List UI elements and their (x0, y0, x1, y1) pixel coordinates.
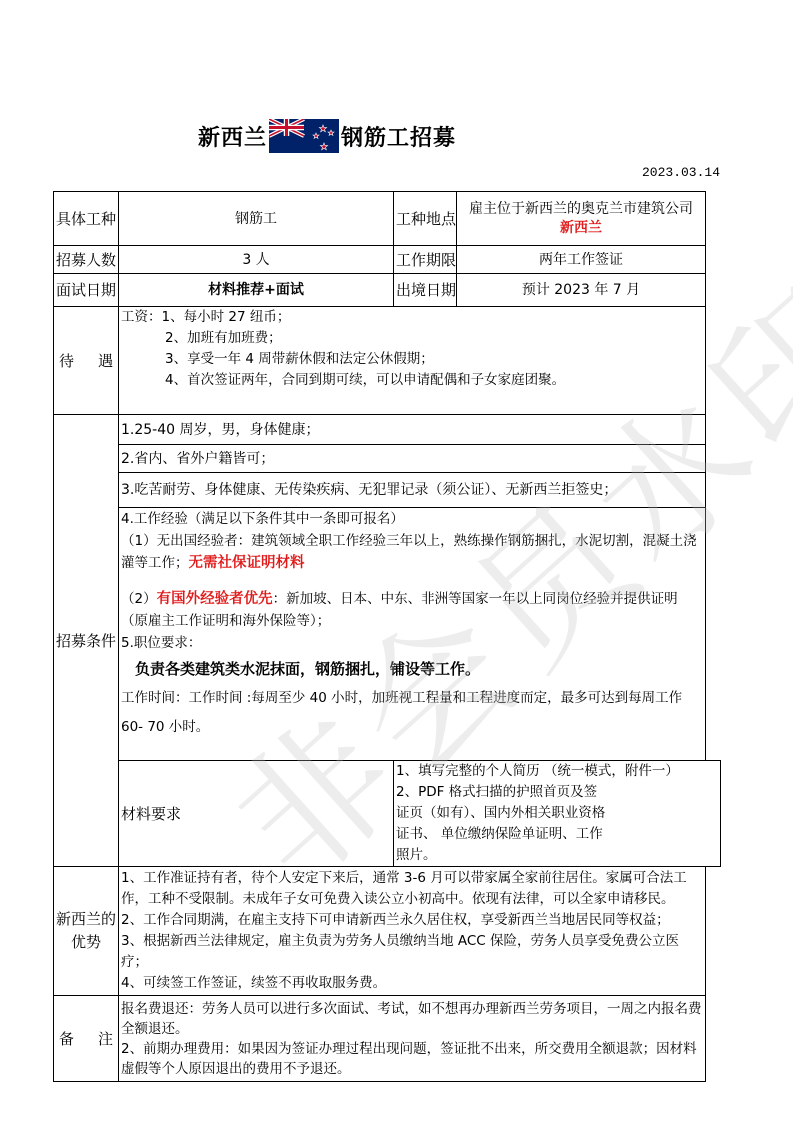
location-company: 雇主位于新西兰的奥克兰市建筑公司 (459, 200, 703, 219)
advantages-content: 1、工作准证持有者，待个人安定下来后，通常 3-6 月可以带家属全家前往居住。家… (119, 867, 706, 996)
materials-label: 材料要求 (119, 761, 394, 867)
row-benefits: 待 遇 工资：1、每小时 27 纽币； 2、加班有加班费； 3、享受一年 4 周… (54, 307, 721, 415)
overseas-priority-note: 有国外经验者优先 (157, 591, 273, 607)
benefit-item: 2、加班有加班费； (121, 328, 703, 349)
material-item: 1、填写完整的个人简历 （统一模式，附件一） (396, 761, 718, 782)
remarks-label: 备 注 (54, 996, 119, 1082)
location-label: 工种地点 (394, 192, 457, 246)
headcount-value: 3 人 (119, 246, 394, 274)
row-job-type: 具体工种 钢筋工 工种地点 雇主位于新西兰的奥克兰市建筑公司 新西兰 (54, 192, 721, 246)
row-requirement-3: 3.吃苦耐劳、身体健康、无传染疾病、无犯罪记录（须公证）、无新西兰拒签史； (54, 473, 721, 508)
work-hours: 工作时间：工作时间 :每周至少 40 小时，加班视工程量和工程进度而定，最多可达… (121, 684, 703, 742)
row-materials: 材料要求 1、填写完整的个人简历 （统一模式，附件一） 2、PDF 格式扫描的护… (54, 761, 721, 867)
benefit-item: 3、享受一年 4 周带薪休假和法定公休假期； (121, 349, 703, 370)
recruitment-table: 具体工种 钢筋工 工种地点 雇主位于新西兰的奥克兰市建筑公司 新西兰 招募人数 … (53, 191, 721, 1082)
requirements-label: 招募条件 (54, 415, 119, 867)
page-title: 新西兰 钢筋工招募 (198, 116, 456, 156)
title-left: 新西兰 (198, 121, 267, 152)
advantages-label-2: 优势 (56, 931, 116, 954)
benefit-item: 4、首次签证两年，合同到期可续，可以申请配偶和子女家庭团聚。 (121, 370, 703, 391)
row-interview: 面试日期 材料推荐+面试 出境日期 预计 2023 年 7 月 (54, 274, 721, 307)
document-date: 2023.03.14 (642, 165, 720, 180)
requirement-health: 3.吃苦耐劳、身体健康、无传染疾病、无犯罪记录（须公证）、无新西兰拒签史； (119, 473, 706, 508)
experience-option-1: （1）无出国经验者：建筑领域全职工作经验三年以上，熟练操作钢筋捆扎，水泥切割，混… (121, 530, 703, 574)
advantage-item: 3、根据新西兰法律规定，雇主负责为劳务人员缴纳当地 ACC 保险，劳务人员享受免… (121, 931, 703, 973)
no-social-security-note: 无需社保证明材料 (189, 555, 305, 571)
new-zealand-flag-icon (269, 119, 339, 153)
advantages-label-1: 新西兰的 (56, 908, 116, 931)
benefit-item: 工资：1、每小时 27 纽币； (121, 307, 703, 328)
headcount-label: 招募人数 (54, 246, 119, 274)
remark-item: 2、前期办理费用：如果因为签证办理过程出现问题，签证批不出来，所交费用全额退款；… (121, 1039, 703, 1079)
benefits-label-a: 待 (59, 350, 74, 372)
row-headcount: 招募人数 3 人 工作期限 两年工作签证 (54, 246, 721, 274)
requirement-age: 1.25-40 周岁，男，身体健康； (119, 415, 706, 445)
remark-item: 报名费退还：劳务人员可以进行多次面试、考试，如不想再办理新西兰劳务项目，一周之内… (121, 999, 703, 1039)
remarks-label-b: 注 (98, 1028, 113, 1050)
benefits-content: 工资：1、每小时 27 纽币； 2、加班有加班费； 3、享受一年 4 周带薪休假… (119, 307, 706, 415)
advantages-label: 新西兰的 优势 (54, 867, 119, 996)
interview-label: 面试日期 (54, 274, 119, 307)
interview-value: 材料推荐+面试 (119, 274, 394, 307)
departure-value: 预计 2023 年 7 月 (457, 274, 706, 307)
job-type-value: 钢筋工 (119, 192, 394, 246)
advantage-item: 4、可续签工作签证，续签不再收取服务费。 (121, 973, 703, 994)
position-requirement-title: 5.职位要求： (121, 632, 703, 654)
position-duty: 负责各类建筑类水泥抹面，钢筋捆扎，铺设等工作。 (121, 654, 703, 684)
remarks-label-a: 备 (59, 1028, 74, 1050)
experience-title: 4.工作经验（满足以下条件其中一条即可报名） (121, 508, 703, 530)
departure-label: 出境日期 (394, 274, 457, 307)
row-advantages: 新西兰的 优势 1、工作准证持有者，待个人安定下来后，通常 3-6 月可以带家属… (54, 867, 721, 996)
experience-option-2: （2）有国外经验者优先：新加坡、日本、中东、非洲等国家一年以上同岗位经验并提供证… (121, 588, 703, 632)
row-remarks: 备 注 报名费退还：劳务人员可以进行多次面试、考试，如不想再办理新西兰劳务项目，… (54, 996, 721, 1082)
location-country: 新西兰 (459, 219, 703, 238)
row-requirement-1: 招募条件 1.25-40 周岁，男，身体健康； (54, 415, 721, 445)
requirement-residence: 2.省内、省外户籍皆可； (119, 445, 706, 473)
row-requirement-4: 4.工作经验（满足以下条件其中一条即可报名） （1）无出国经验者：建筑领域全职工… (54, 508, 721, 761)
material-item: 2、PDF 格式扫描的护照首页及签证页（如有）、国内外相关职业资格证书、 单位缴… (396, 782, 718, 866)
term-value: 两年工作签证 (457, 246, 706, 274)
requirement-experience: 4.工作经验（满足以下条件其中一条即可报名） （1）无出国经验者：建筑领域全职工… (119, 508, 706, 761)
advantage-item: 2、工作合同期满，在雇主支持下可申请新西兰永久居住权，享受新西兰当地居民同等权益… (121, 910, 703, 931)
benefits-label-b: 遇 (98, 350, 113, 372)
job-type-label: 具体工种 (54, 192, 119, 246)
advantage-item: 1、工作准证持有者，待个人安定下来后，通常 3-6 月可以带家属全家前往居住。家… (121, 868, 703, 910)
row-requirement-2: 2.省内、省外户籍皆可； (54, 445, 721, 473)
remarks-content: 报名费退还：劳务人员可以进行多次面试、考试，如不想再办理新西兰劳务项目，一周之内… (119, 996, 706, 1082)
benefits-label: 待 遇 (54, 307, 119, 415)
title-right: 钢筋工招募 (341, 121, 456, 152)
location-value: 雇主位于新西兰的奥克兰市建筑公司 新西兰 (457, 192, 706, 246)
term-label: 工作期限 (394, 246, 457, 274)
materials-content: 1、填写完整的个人简历 （统一模式，附件一） 2、PDF 格式扫描的护照首页及签… (394, 761, 721, 867)
